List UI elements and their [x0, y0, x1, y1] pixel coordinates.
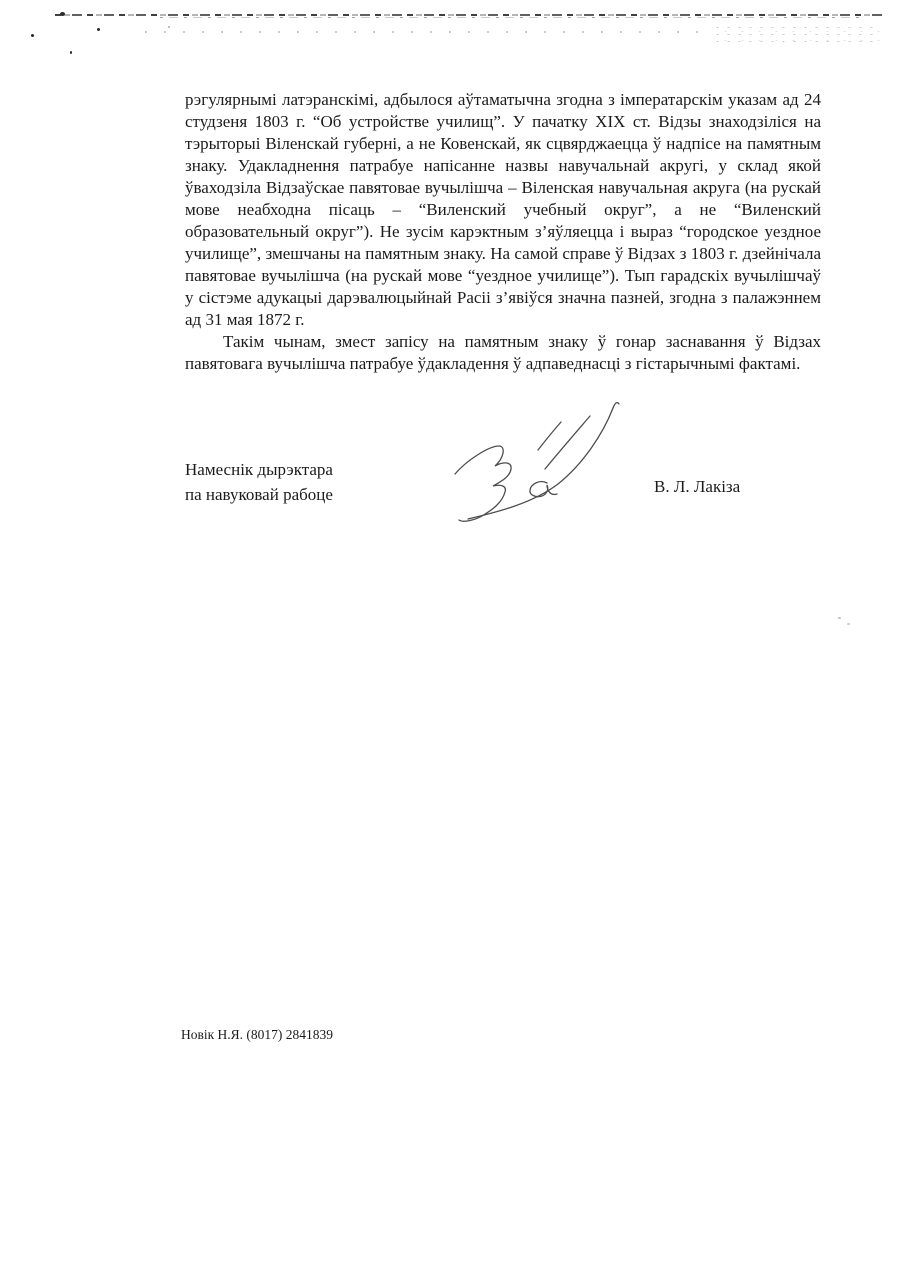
- scan-noise-line: [55, 14, 883, 16]
- scan-speck: [97, 28, 100, 31]
- scan-speck: [168, 26, 170, 28]
- scan-noise-line-faint: [160, 17, 860, 18]
- scanned-letter-page: рэгулярнымі латэранскімі, адбылося аўтам…: [0, 0, 906, 1280]
- closing-paragraph: Такім чынам, змест запісу на памятным зн…: [185, 331, 821, 375]
- letter-body: рэгулярнымі латэранскімі, адбылося аўтам…: [185, 89, 821, 375]
- signer-name: В. Л. Лакіза: [654, 477, 740, 497]
- scan-speck: [60, 12, 65, 16]
- signer-position-line-1: Намеснік дырэктара: [185, 457, 333, 482]
- scan-speck-row: [145, 31, 700, 33]
- scan-speck-cluster: [712, 24, 880, 48]
- scan-speck: [31, 34, 34, 37]
- contact-footer: Новік Н.Я. (8017) 2841839: [181, 1027, 333, 1043]
- scan-speck: [70, 51, 72, 54]
- handwritten-signature-icon: [443, 396, 643, 531]
- body-paragraph: рэгулярнымі латэранскімі, адбылося аўтам…: [185, 89, 821, 331]
- signer-position-line-2: па навуковай рабоце: [185, 482, 333, 507]
- scan-speck: [847, 623, 850, 625]
- signer-position: Намеснік дырэктара па навуковай рабоце: [185, 457, 333, 507]
- scan-speck: [838, 617, 841, 619]
